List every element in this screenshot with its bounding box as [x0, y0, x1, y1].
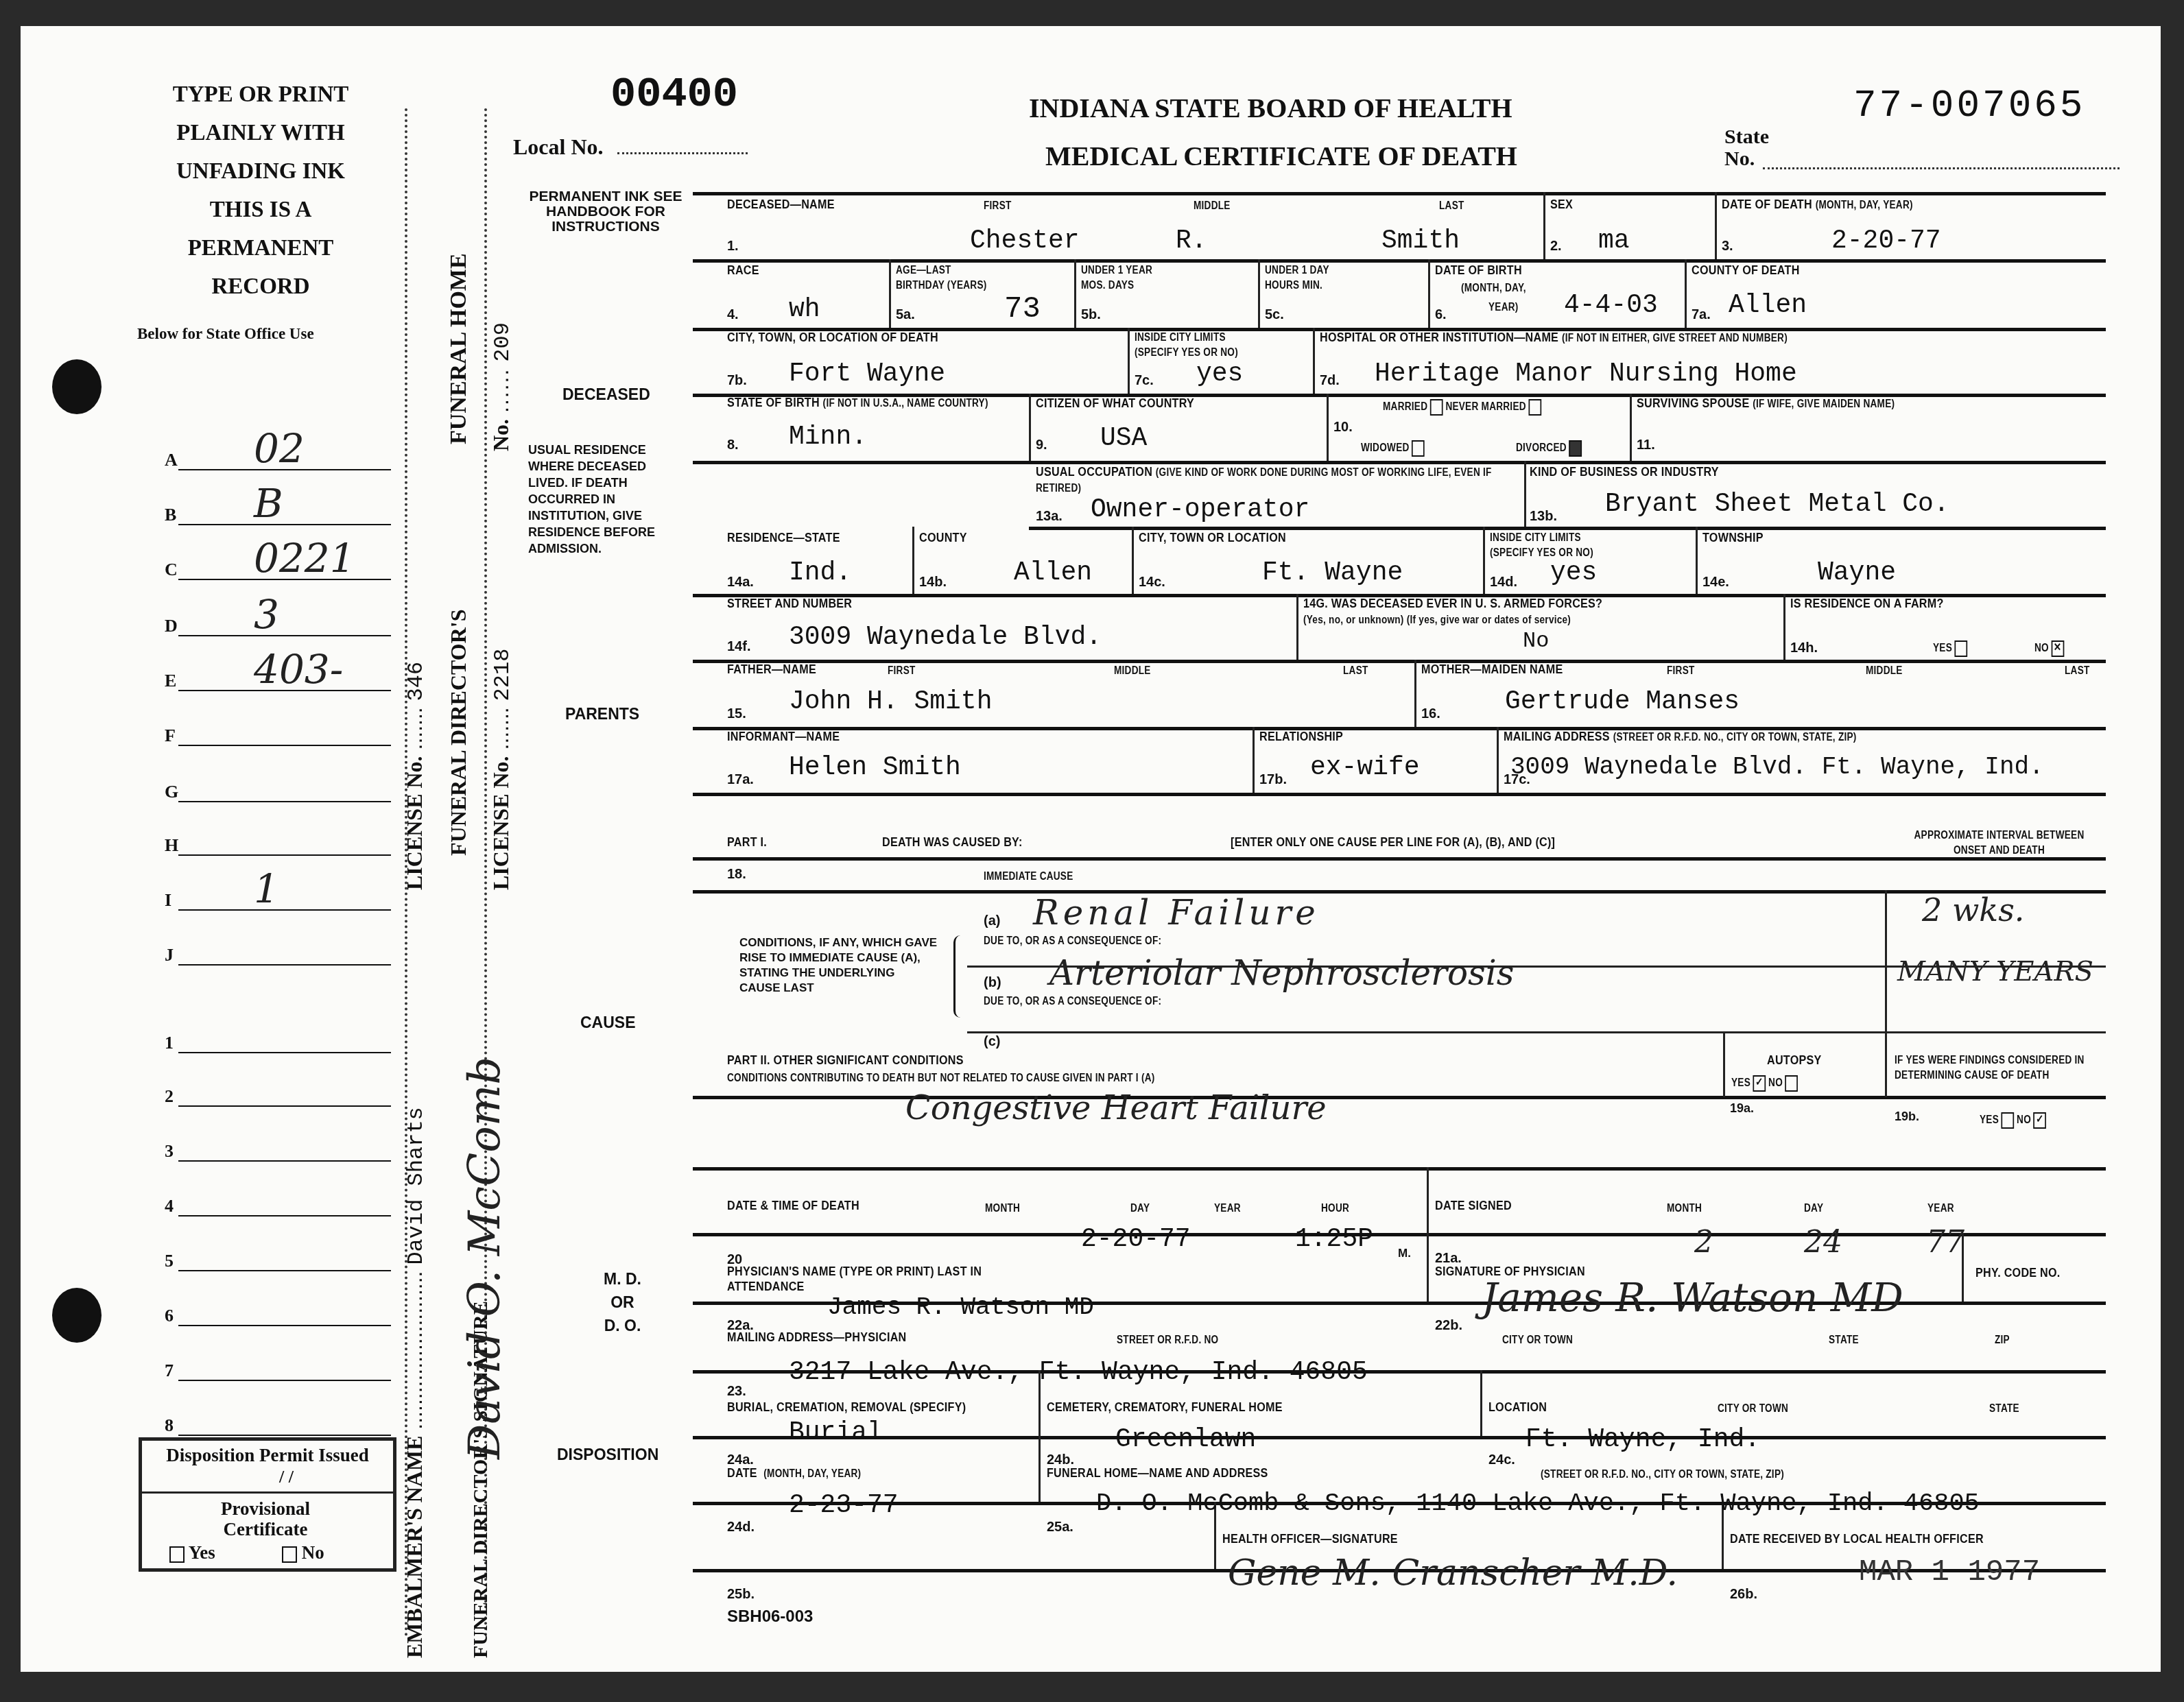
findings-label: IF YES WERE FINDINGS CONSIDERED IN DETER…	[1895, 1053, 2099, 1083]
health-officer-label: HEALTH OFFICER—SIGNATURE	[1222, 1532, 1398, 1547]
signed-day-label: DAY	[1804, 1203, 1823, 1215]
middle-name-value[interactable]: R.	[1176, 226, 1207, 256]
immediate-cause-label: IMMEDIATE CAUSE	[984, 871, 1073, 883]
father-middle-label: MIDDLE	[1114, 665, 1151, 678]
state-code-letter: 6	[165, 1306, 174, 1326]
date-received-label: DATE RECEIVED BY LOCAL HEALTH OFFICER	[1730, 1532, 1984, 1547]
state-code-letter: 7	[165, 1361, 174, 1381]
checkbox-icon	[1528, 399, 1541, 416]
state-code-line	[178, 1435, 391, 1436]
instruction-line: UNFADING INK	[144, 152, 377, 191]
embalmer-license-group: LICENSE No. ....... 346	[402, 662, 429, 890]
local-no-line	[617, 152, 748, 154]
mother-label: MOTHER—MAIDEN NAME	[1421, 662, 1563, 678]
citizen-value[interactable]: USA	[1100, 424, 1147, 453]
checkbox-checked-icon	[1569, 440, 1582, 457]
residence-inside-limits-value[interactable]: yes	[1550, 558, 1597, 588]
residence-county-label: COUNTY	[919, 531, 967, 546]
dob-sublabel: YEAR)	[1488, 302, 1519, 314]
occupation-label: USUAL OCCUPATION (GIVE KIND OF WORK DONE…	[1036, 465, 1532, 496]
farm-yes[interactable]: YES	[1933, 640, 1967, 657]
dob-sublabel: (MONTH, DAY,	[1461, 283, 1526, 295]
hospital-label: HOSPITAL OR OTHER INSTITUTION—NAME (IF N…	[1320, 331, 1788, 346]
state-code-value[interactable]: 403-	[254, 646, 343, 693]
disposition-permit-box: Disposition Permit Issued / / Provisiona…	[139, 1437, 396, 1572]
location-city-label: CITY OR TOWN	[1718, 1403, 1788, 1415]
hour-label: HOUR	[1321, 1203, 1349, 1215]
funeral-home-no-label: No.	[488, 419, 513, 451]
embalmer-license-label: LICENSE No.	[402, 756, 427, 890]
residence-county-value[interactable]: Allen	[1014, 558, 1092, 588]
director-license: 2218	[490, 649, 515, 702]
mother-middle-label: MIDDLE	[1866, 665, 1903, 678]
last-name-label: LAST	[1439, 200, 1464, 213]
funeral-home-value[interactable]: D. O. McComb & Sons, 1140 Lake Ave., Ft.…	[1096, 1489, 1980, 1518]
state-code-letter: 8	[165, 1415, 174, 1436]
state-code-value[interactable]: 0221	[254, 535, 355, 582]
under-1-day-label: UNDER 1 DAYHOURS MIN.	[1265, 263, 1329, 293]
punch-hole-bottom	[52, 1288, 102, 1343]
year-label: YEAR	[1214, 1203, 1241, 1215]
state-code-letter: B	[165, 505, 176, 525]
physician-state-label: STATE	[1829, 1334, 1859, 1347]
farm-no[interactable]: NO✕	[2034, 640, 2064, 657]
relationship-value[interactable]: ex-wife	[1310, 753, 1420, 782]
physician-signature: James R. Watson MD	[1482, 1274, 1903, 1321]
business-label: KIND OF BUSINESS OR INDUSTRY	[1530, 465, 1719, 480]
city-of-death-label: CITY, TOWN, OR LOCATION OF DEATH	[727, 331, 938, 346]
marital-widowed[interactable]: WIDOWED	[1361, 440, 1425, 457]
no-label: No	[302, 1542, 324, 1563]
health-officer-signature: Gene M. Cranscher M.D.	[1228, 1553, 1678, 1594]
farm-label: IS RESIDENCE ON A FARM?	[1790, 597, 1944, 612]
armed-forces-label: 14g. WAS DECEASED EVER IN U. S. ARMED FO…	[1303, 597, 1602, 612]
residence-city-label: CITY, TOWN OR LOCATION	[1139, 531, 1286, 546]
local-no-label: Local No.	[513, 134, 604, 160]
brace-icon	[953, 935, 965, 1018]
state-code-line	[178, 854, 391, 856]
state-no: 77-007065	[1853, 84, 2085, 128]
funeral-home-name-label: FUNERAL HOME—NAME AND ADDRESS	[1047, 1466, 1268, 1481]
residence-state-value[interactable]: Ind.	[789, 558, 851, 588]
state-of-birth-value[interactable]: Minn.	[789, 422, 867, 452]
under-1-year-label: UNDER 1 YEARMOS. DAYS	[1081, 263, 1152, 293]
meridian-label: M.	[1398, 1247, 1411, 1260]
mother-value[interactable]: Gertrude Manses	[1505, 687, 1740, 717]
disposition-method-label: BURIAL, CREMATION, REMOVAL (SPECIFY)	[727, 1400, 984, 1415]
informant-value[interactable]: Helen Smith	[789, 753, 961, 782]
age-label: AGE—LASTBIRTHDAY (YEARS)	[896, 263, 987, 293]
state-code-value[interactable]: B	[254, 480, 283, 527]
location-state-label: STATE	[1989, 1403, 2019, 1415]
relationship-label: RELATIONSHIP	[1259, 730, 1343, 745]
dob-label: DATE OF BIRTH	[1435, 263, 1522, 278]
date-of-death-label: DATE OF DEATH (MONTH, DAY, YEAR)	[1722, 197, 1913, 213]
township-label: TOWNSHIP	[1702, 531, 1764, 546]
provisional-certificate-label: Provisional Certificate	[183, 1498, 348, 1539]
cemetery-value[interactable]: Greenlawn	[1115, 1425, 1256, 1454]
county-of-death-value[interactable]: Allen	[1729, 291, 1807, 320]
last-name-value[interactable]: Smith	[1381, 226, 1460, 256]
state-code-line	[178, 1105, 391, 1107]
state-code-line	[178, 1215, 391, 1216]
state-code-line	[178, 1325, 391, 1326]
race-label: RACE	[727, 263, 759, 278]
sex-value[interactable]: ma	[1598, 226, 1630, 256]
state-code-letter: 5	[165, 1251, 174, 1271]
findings-checkboxes[interactable]: YES NO✓	[1980, 1112, 2046, 1129]
cause-a-interval[interactable]: 2 wks.	[1922, 891, 2024, 928]
state-code-line	[178, 964, 391, 966]
checkbox-icon	[1430, 399, 1443, 416]
state-of-birth-label: STATE OF BIRTH (IF NOT IN U.S.A., NAME C…	[727, 396, 988, 411]
part2-label: PART II. OTHER SIGNIFICANT CONDITIONS	[727, 1053, 964, 1068]
signed-year-value[interactable]: 77	[1926, 1225, 1965, 1260]
state-code-value[interactable]: 1	[254, 865, 279, 912]
citizen-label: CITIZEN OF WHAT COUNTRY	[1036, 396, 1194, 411]
state-code-letter: C	[165, 560, 178, 580]
physician-street-label: STREET OR R.F.D. NO	[1117, 1334, 1218, 1347]
occupation-value[interactable]: Owner-operator	[1091, 495, 1309, 525]
hospital-value[interactable]: Heritage Manor Nursing Home	[1375, 359, 1797, 389]
state-code-letter: 2	[165, 1086, 174, 1107]
mailing-value[interactable]: 3009 Waynedale Blvd. Ft. Wayne, Ind.	[1510, 753, 2044, 781]
location-value[interactable]: Ft. Wayne, Ind.	[1526, 1425, 1760, 1454]
state-no-label: StateNo.	[1724, 126, 1769, 170]
race-value[interactable]: wh	[789, 295, 820, 324]
state-code-line	[178, 524, 391, 525]
day-label: DAY	[1130, 1203, 1150, 1215]
autopsy-yes[interactable]: YES✓ NO	[1731, 1075, 1798, 1092]
death-hour-value[interactable]: 1:25P	[1295, 1225, 1373, 1254]
funeral-home-no-group: No. ...... 209	[488, 322, 515, 451]
informant-label: INFORMANT—NAME	[727, 730, 840, 745]
state-code-letter: D	[165, 616, 178, 636]
punch-hole-top	[52, 359, 102, 414]
state-code-line	[178, 1380, 391, 1381]
director-license-group: LICENSE No. ....... 2218	[488, 649, 515, 890]
autopsy-label: AUTOPSY	[1767, 1053, 1822, 1068]
state-code-letter: J	[165, 945, 174, 966]
embalmer-name-label: EMBALMER'S NAME	[402, 1436, 427, 1658]
part1-label: PART I.	[727, 835, 767, 850]
physician-code-label: PHY. CODE NO.	[1975, 1266, 2061, 1281]
state-code-letter: E	[165, 671, 176, 691]
checkbox-checked-icon: ✓	[2033, 1112, 2046, 1129]
father-last-label: LAST	[1343, 665, 1368, 678]
state-no-line	[1763, 167, 2120, 169]
section-disposition: DISPOSITION	[557, 1446, 658, 1464]
permit-date: / /	[279, 1467, 294, 1487]
residence-state-label: RESIDENCE—STATE	[727, 531, 840, 546]
provisional-no[interactable]: No	[279, 1542, 324, 1563]
part2-value[interactable]: Congestive Heart Failure	[905, 1089, 1327, 1127]
armed-forces-sublabel: (Yes, no, or unknown) (If yes, give war …	[1303, 614, 1571, 627]
embalmer-name-group: EMBALMER'S NAME ........................…	[402, 1107, 429, 1658]
date-received-value: MAR 1 1977	[1859, 1555, 2040, 1590]
state-code-line	[178, 1052, 391, 1053]
state-code-line	[178, 801, 391, 802]
armed-forces-value[interactable]: No	[1523, 628, 1549, 654]
mother-last-label: LAST	[2065, 665, 2090, 678]
form-number: SBH06-003	[727, 1607, 813, 1627]
provisional-yes[interactable]: Yes	[167, 1542, 215, 1563]
age-value[interactable]: 73	[1004, 292, 1041, 326]
local-no: 00400	[610, 70, 738, 119]
state-code-value[interactable]: 02	[254, 425, 305, 472]
cause-b-interval[interactable]: MANY YEARS	[1897, 956, 2093, 987]
physician-name-label: PHYSICIAN'S NAME (TYPE OR PRINT) LAST IN…	[727, 1264, 984, 1295]
due-to-label-c: DUE TO, OR AS A CONSEQUENCE OF:	[984, 996, 1161, 1008]
state-code-line	[178, 635, 391, 636]
state-code-line	[178, 1160, 391, 1162]
inside-city-limits-value[interactable]: yes	[1196, 359, 1243, 389]
certificate-title: MEDICAL CERTIFICATE OF DEATH	[1045, 140, 1517, 172]
street-value[interactable]: 3009 Waynedale Blvd.	[789, 623, 1102, 652]
caused-by-label: DEATH WAS CAUSED BY:	[882, 835, 1023, 850]
state-code-letter: G	[165, 782, 178, 802]
checkbox-icon	[1785, 1075, 1798, 1092]
director-signature: David O. McComb	[460, 1057, 510, 1459]
township-value[interactable]: Wayne	[1818, 558, 1896, 588]
embalmer-license: 346	[403, 662, 429, 702]
instruction-line: RECORD	[144, 267, 377, 306]
dob-value[interactable]: 4-4-03	[1564, 291, 1658, 320]
marital-married[interactable]: MARRIED NEVER MARRIED	[1383, 399, 1541, 416]
state-code-letter: F	[165, 726, 176, 746]
funeral-home-no: 209	[490, 322, 515, 362]
disposition-permit-label: Disposition Permit Issued	[142, 1441, 393, 1465]
disposition-date-value[interactable]: 2-23-77	[789, 1491, 899, 1520]
yes-label: Yes	[189, 1542, 215, 1563]
state-code-letter: A	[165, 450, 178, 470]
part2-sublabel: CONDITIONS CONTRIBUTING TO DEATH BUT NOT…	[727, 1071, 1573, 1086]
interval-label: APPROXIMATE INTERVAL BETWEEN ONSET AND D…	[1900, 828, 2098, 859]
director-license-label: LICENSE No.	[488, 756, 513, 890]
inside-city-limits-label: INSIDE CITY LIMITS(SPECIFY YES OR NO)	[1135, 331, 1238, 361]
father-first-label: FIRST	[888, 665, 916, 678]
date-signed-label: DATE SIGNED	[1435, 1199, 1512, 1214]
first-name-value[interactable]: Chester	[970, 226, 1080, 256]
checkbox-icon	[1412, 440, 1425, 457]
middle-name-label: MIDDLE	[1194, 200, 1231, 213]
state-code-line	[178, 909, 391, 911]
location-label: LOCATION	[1488, 1400, 1547, 1415]
instruction-line: THIS IS A	[144, 191, 377, 229]
state-code-letter: I	[165, 890, 171, 911]
section-parents: PARENTS	[565, 705, 639, 723]
cause-b-value[interactable]: Arteriolar Nephrosclerosis	[1049, 953, 1514, 993]
residence-city-value[interactable]: Ft. Wayne	[1262, 558, 1403, 588]
sex-label: SEX	[1550, 197, 1573, 213]
checkbox-checked-icon: ✓	[1753, 1075, 1766, 1092]
conditions-note: CONDITIONS, IF ANY, WHICH GAVE RISE TO I…	[739, 935, 938, 996]
state-code-value[interactable]: 3	[254, 591, 279, 638]
permanent-ink-note: PERMANENT INK SEE HANDBOOK FOR INSTRUCTI…	[520, 189, 691, 235]
state-code-letter: 1	[165, 1033, 174, 1053]
first-name-label: FIRST	[984, 200, 1012, 213]
father-value[interactable]: John H. Smith	[789, 687, 992, 717]
instructions-block: TYPE OR PRINT PLAINLY WITH UNFADING INK …	[144, 75, 377, 306]
surviving-spouse-label: SURVIVING SPOUSE (IF WIFE, GIVE MAIDEN N…	[1637, 396, 1895, 411]
section-cause: CAUSE	[580, 1014, 636, 1032]
death-certificate: TYPE OR PRINT PLAINLY WITH UNFADING INK …	[21, 26, 2161, 1672]
funeral-home-address-sublabel: (STREET OR R.F.D. NO., CITY OR TOWN, STA…	[1541, 1469, 1784, 1481]
funeral-home-label: FUNERAL HOME	[446, 253, 472, 444]
date-of-death-value[interactable]: 2-20-77	[1831, 226, 1941, 256]
marital-divorced[interactable]: DIVORCED	[1516, 440, 1582, 457]
instruction-line: PERMANENT	[144, 229, 377, 267]
checkbox-icon	[2001, 1112, 2014, 1129]
state-code-line	[178, 745, 391, 746]
embalmer-name: David Sharts	[403, 1107, 429, 1264]
funeral-director-label: FUNERAL DIRECTOR'S	[446, 610, 471, 856]
physician-mailing-value[interactable]: 3217 Lake Ave., Ft. Wayne, Ind. 46805	[789, 1358, 1368, 1387]
physician-name-value[interactable]: James R. Watson MD	[827, 1293, 1094, 1321]
date-time-death-label: DATE & TIME OF DEATH	[727, 1199, 859, 1214]
name-label: DECEASED—NAME	[727, 197, 835, 213]
checkbox-icon	[169, 1546, 185, 1563]
cemetery-label: CEMETERY, CREMATORY, FUNERAL HOME	[1047, 1400, 1283, 1415]
state-code-letter: 3	[165, 1141, 174, 1162]
disposition-method-value[interactable]: Burial	[789, 1418, 883, 1448]
signed-day-value[interactable]: 24	[1804, 1225, 1842, 1260]
cause-a-value[interactable]: Renal Failure	[1033, 893, 1320, 933]
residence-inside-limits-label: INSIDE CITY LIMITS(SPECIFY YES OR NO)	[1490, 531, 1593, 561]
father-label: FATHER—NAME	[727, 662, 816, 678]
section-md-do: M. D.ORD. O.	[604, 1267, 641, 1337]
checkbox-icon	[1954, 640, 1967, 657]
city-of-death-value[interactable]: Fort Wayne	[789, 359, 945, 389]
section-deceased: DECEASED	[562, 385, 650, 404]
signed-month-value[interactable]: 2	[1694, 1225, 1713, 1260]
state-code-letter: H	[165, 835, 178, 856]
disposition-date-label: DATE (MONTH, DAY, YEAR)	[727, 1466, 861, 1481]
county-of-death-label: COUNTY OF DEATH	[1692, 263, 1800, 278]
physician-city-label: CITY OR TOWN	[1502, 1334, 1573, 1347]
physician-zip-label: ZIP	[1995, 1334, 2010, 1347]
death-date-value[interactable]: 2-20-77	[1081, 1225, 1191, 1254]
state-office-use-label: Below for State Office Use	[137, 325, 314, 343]
cause-instruction: [ENTER ONLY ONE CAUSE PER LINE FOR (a), …	[1231, 835, 1555, 850]
agency-title: INDIANA STATE BOARD OF HEALTH	[1029, 92, 1512, 124]
checkbox-icon	[282, 1546, 297, 1563]
instruction-line: TYPE OR PRINT	[144, 75, 377, 114]
due-to-label-b: DUE TO, OR AS A CONSEQUENCE OF:	[984, 935, 1161, 948]
instruction-line: PLAINLY WITH	[144, 114, 377, 152]
street-label: STREET AND NUMBER	[727, 597, 852, 612]
usual-residence-note: USUAL RESIDENCE WHERE DECEASED LIVED. IF…	[528, 442, 686, 557]
mailing-label: MAILING ADDRESS (STREET OR R.F.D. NO., C…	[1504, 730, 1857, 745]
checkbox-checked-icon: ✕	[2051, 640, 2064, 657]
signed-month-label: MONTH	[1667, 1203, 1702, 1215]
month-label: MONTH	[985, 1203, 1020, 1215]
state-code-line	[178, 1270, 391, 1271]
signed-year-label: YEAR	[1927, 1203, 1954, 1215]
business-value[interactable]: Bryant Sheet Metal Co.	[1605, 490, 1949, 519]
state-code-letter: 4	[165, 1196, 174, 1216]
physician-mailing-label: MAILING ADDRESS—PHYSICIAN	[727, 1330, 907, 1345]
mother-first-label: FIRST	[1667, 665, 1695, 678]
